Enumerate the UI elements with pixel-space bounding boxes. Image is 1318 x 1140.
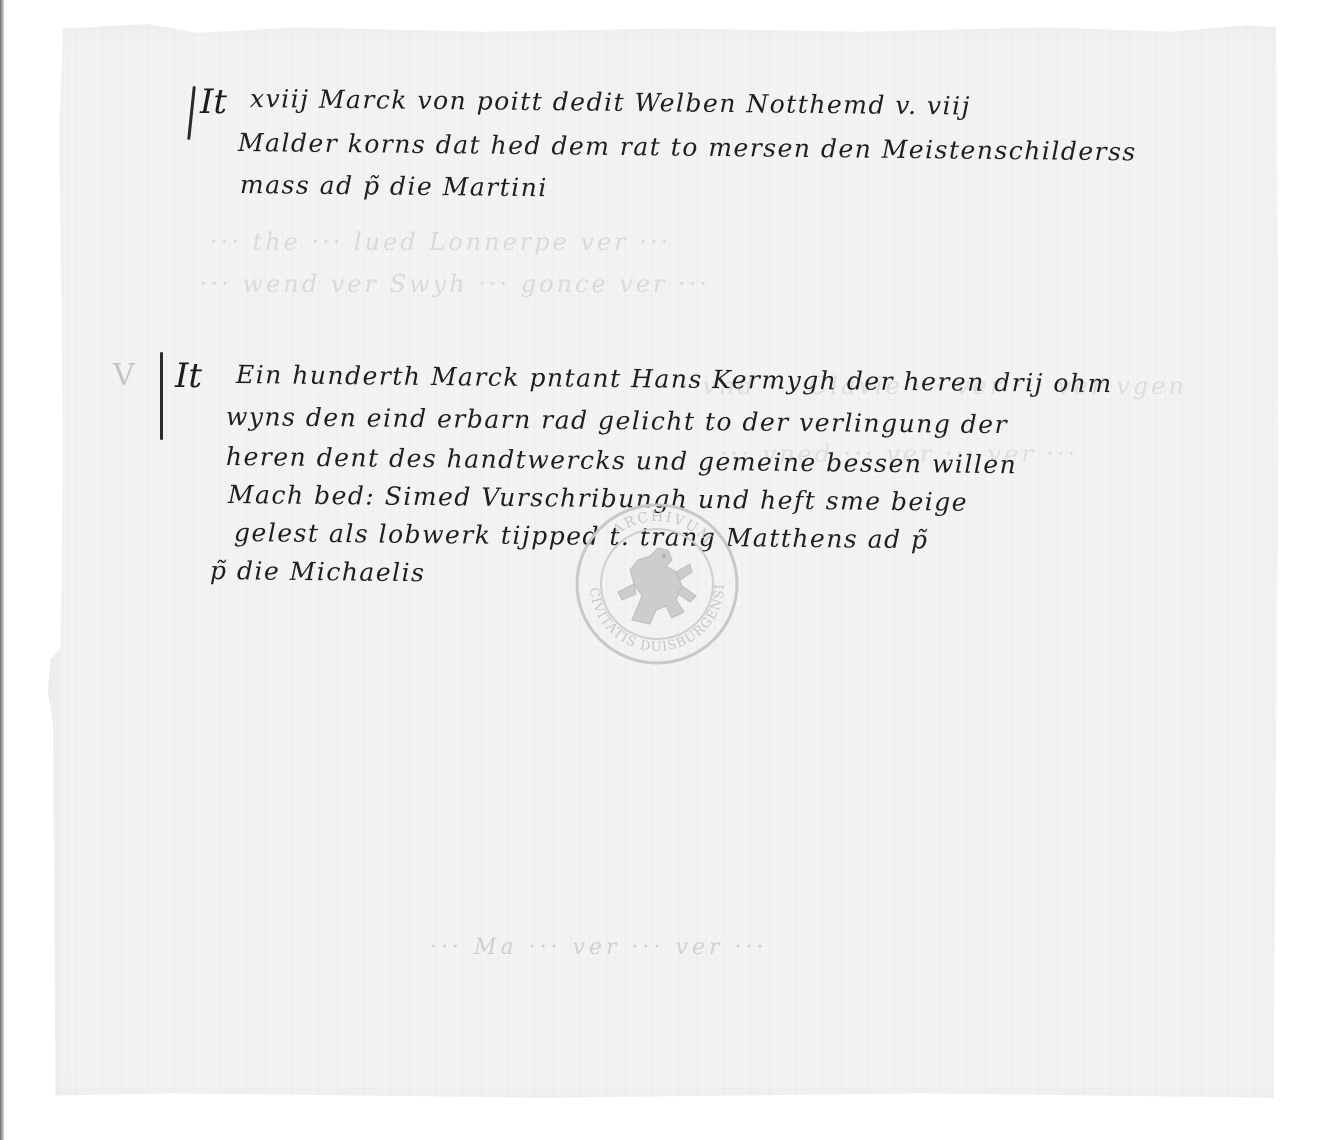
item-mark: It (175, 356, 202, 396)
margin-note: V (113, 358, 135, 393)
archive-stamp: ARCHIVUM CIVITATIS DUISBURGENSIS (572, 500, 742, 668)
bleed-through-line: ··· wend ver Swyh ··· gonce ver ··· (200, 270, 710, 298)
item-mark: It (200, 82, 227, 122)
scan-edge (0, 0, 4, 1140)
entry-line: mass ad p̃ die Martini (240, 170, 548, 202)
lion-icon (618, 548, 696, 624)
bleed-through-line: ··· the ··· lued Lonnerpe ver ··· (210, 228, 671, 256)
stamp-seal-icon: ARCHIVUM CIVITATIS DUISBURGENSIS (572, 500, 742, 668)
entry-line: p̃ die Michaelis (210, 556, 426, 587)
margin-bracket (160, 352, 163, 440)
bleed-through-line: ··· Ma ··· ver ··· ver ··· (430, 935, 767, 960)
